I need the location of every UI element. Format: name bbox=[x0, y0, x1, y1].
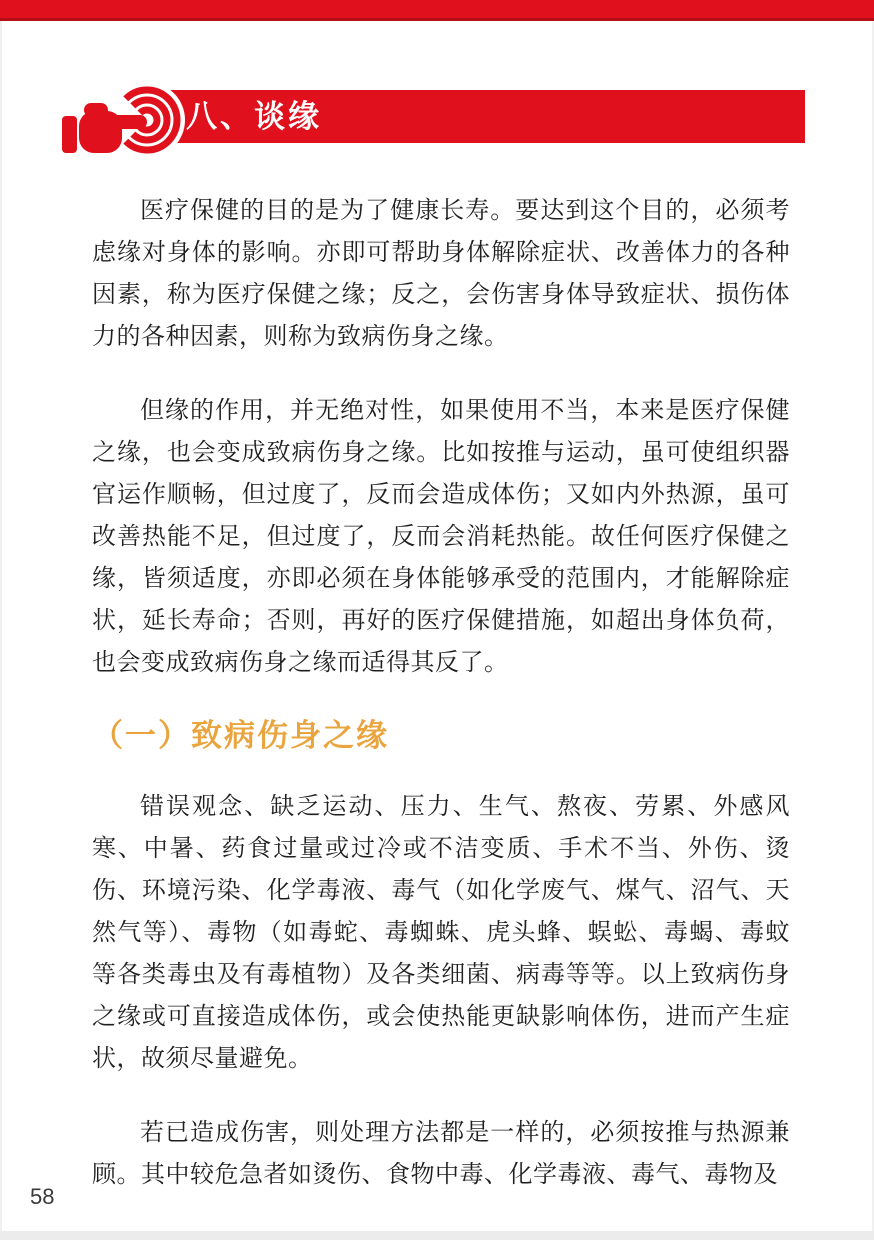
book-page: 八、谈缘 医疗保健的目的是为了健康长寿。要达到这个目的，必须考虑缘对身体的影响。… bbox=[0, 0, 874, 1240]
chapter-banner-art bbox=[55, 80, 195, 180]
page-number: 58 bbox=[30, 1184, 54, 1210]
paragraph-2: 但缘的作用，并无绝对性，如果使用不当，本来是医疗保健之缘，也会变成致病伤身之缘。… bbox=[92, 390, 790, 684]
paragraph-4: 若已造成伤害，则处理方法都是一样的，必须按推与热源兼顾。其中较危急者如烫伤、食物… bbox=[92, 1112, 790, 1196]
top-red-band bbox=[0, 0, 874, 21]
chapter-banner: 八、谈缘 bbox=[140, 90, 805, 143]
chapter-title: 八、谈缘 bbox=[186, 101, 322, 132]
section-heading: （一）致病伤身之缘 bbox=[92, 716, 790, 756]
bottom-gray-strip bbox=[0, 1231, 874, 1240]
page-content: 医疗保健的目的是为了健康长寿。要达到这个目的，必须考虑缘对身体的影响。亦即可帮助… bbox=[0, 190, 874, 1228]
paragraph-1: 医疗保健的目的是为了健康长寿。要达到这个目的，必须考虑缘对身体的影响。亦即可帮助… bbox=[92, 190, 790, 358]
paragraph-3: 错误观念、缺乏运动、压力、生气、熬夜、劳累、外感风寒、中暑、药食过量或过冷或不洁… bbox=[92, 786, 790, 1080]
